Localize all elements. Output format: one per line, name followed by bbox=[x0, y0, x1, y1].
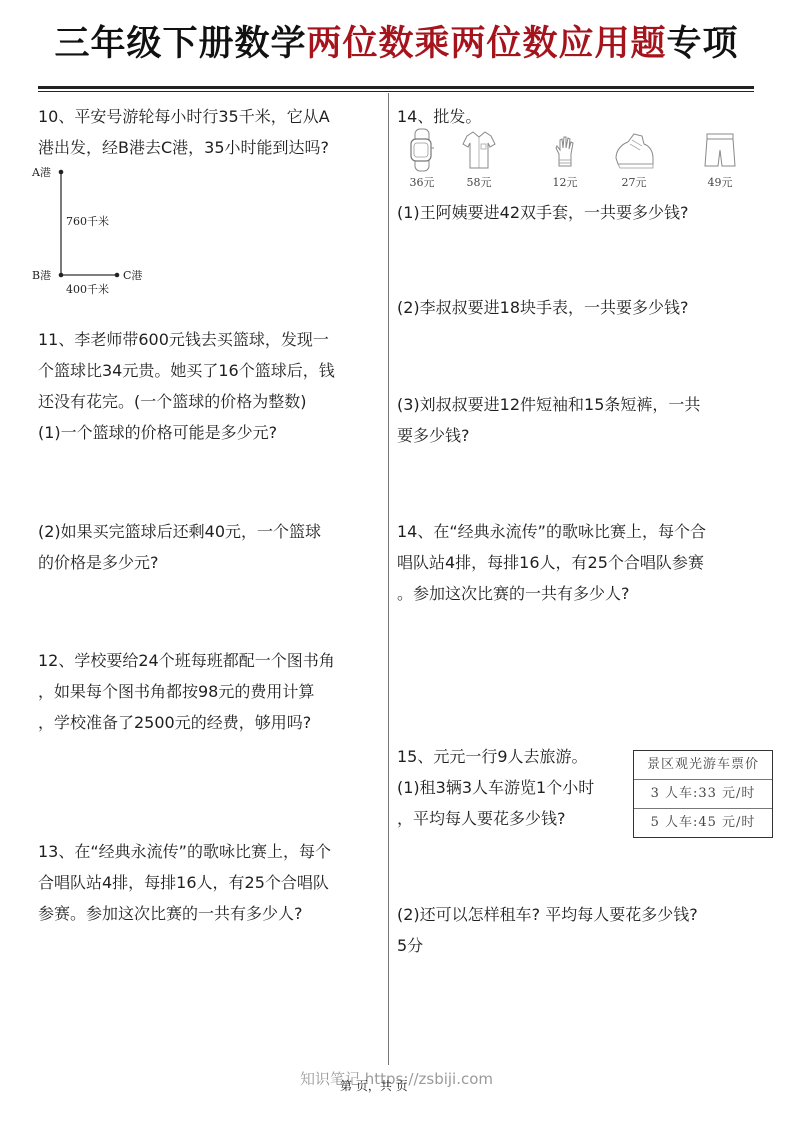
question-14-sub-3-line-1: (3)刘叔叔要进12件短袖和15条短裤，一共 bbox=[397, 389, 757, 420]
question-14b-line-2: 唱队站4排，每排16人，有25个合唱队参赛 bbox=[397, 547, 757, 578]
question-10-line-2: 港出发，经B港去C港，35小时能到达吗? bbox=[38, 132, 383, 163]
question-11-part-2: (2)如果买完篮球后还剩40元，一个篮球 的价格是多少元? bbox=[38, 516, 383, 578]
title-suffix: 专项 bbox=[667, 24, 739, 64]
fare-table-row: 3 人车:33 元/时 bbox=[634, 780, 772, 809]
question-14-sub-3: (3)刘叔叔要进12件短袖和15条短裤，一共 要多少钱? bbox=[397, 389, 757, 451]
question-12-line-3: ，学校准备了2500元的经费，够用吗? bbox=[38, 707, 383, 738]
question-13-line-3: 参赛。参加这次比赛的一共有多少人? bbox=[38, 898, 383, 929]
fare-table-row: 5 人车:45 元/时 bbox=[634, 809, 772, 837]
question-12: 12、学校要给24个班每班都配一个图书角 ，如果每个图书角都按98元的费用计算 … bbox=[38, 645, 383, 738]
question-15: 15、元元一行9人去旅游。 (1)租3辆3人车游览1个小时 ，平均每人要花多少钱… bbox=[397, 741, 632, 834]
item-price: 36元 bbox=[397, 174, 447, 190]
question-15-sub-1-line-2: ，平均每人要花多少钱? bbox=[397, 803, 632, 834]
title-highlight: 两位数乘两位数应用题 bbox=[306, 24, 666, 64]
shirt-icon bbox=[461, 128, 497, 172]
header-rule-thick bbox=[38, 86, 754, 89]
item-price: 58元 bbox=[454, 174, 504, 190]
distance-ab-label: 760千米 bbox=[66, 214, 109, 228]
question-12-line-2: ，如果每个图书角都按98元的费用计算 bbox=[38, 676, 383, 707]
item-watch: 36元 bbox=[397, 128, 447, 190]
wholesale-items: 36元 58元 12元 27元 49元 bbox=[397, 128, 767, 192]
question-14-sub-2: (2)李叔叔要进18块手表，一共要多少钱? bbox=[397, 292, 757, 323]
question-11-line-1: 11、李老师带600元钱去买篮球，发现一 bbox=[38, 324, 383, 355]
page-title: 三年级下册数学两位数乘两位数应用题专项 bbox=[0, 20, 793, 68]
header-rule-thin bbox=[38, 91, 754, 92]
fare-table-header: 景区观光游车票价 bbox=[634, 751, 772, 780]
question-15-sub-2: (2)还可以怎样租车? 平均每人要花多少钱? 5分 bbox=[397, 899, 757, 961]
question-13-line-1: 13、在“经典永流传”的歌咏比赛上，每个 bbox=[38, 836, 383, 867]
port-c-label: C港 bbox=[123, 268, 142, 282]
question-10: 10、平安号游轮每小时行35千米，它从A 港出发，经B港去C港，35小时能到达吗… bbox=[38, 101, 383, 163]
question-14b-line-3: 。参加这次比赛的一共有多少人? bbox=[397, 578, 757, 609]
question-11-line-3: 还没有花完。(一个篮球的价格为整数) bbox=[38, 386, 383, 417]
question-10-line-1: 10、平安号游轮每小时行35千米，它从A bbox=[38, 101, 383, 132]
question-11: 11、李老师带600元钱去买篮球，发现一 个篮球比34元贵。她买了16个篮球后，… bbox=[38, 324, 383, 448]
fare-table: 景区观光游车票价 3 人车:33 元/时 5 人车:45 元/时 bbox=[633, 750, 773, 838]
question-15-sub-2-text: (2)还可以怎样租车? 平均每人要花多少钱? bbox=[397, 899, 757, 930]
item-glove: 12元 bbox=[540, 128, 590, 190]
port-b-label: B港 bbox=[32, 268, 51, 282]
port-a-label: A港 bbox=[31, 165, 51, 179]
question-11-sub-1: (1)一个篮球的价格可能是多少元? bbox=[38, 417, 383, 448]
sneaker-icon bbox=[612, 128, 656, 172]
question-11-sub-2-line-2: 的价格是多少元? bbox=[38, 547, 383, 578]
route-diagram: A港 B港 C港 760千米 400千米 bbox=[30, 162, 160, 302]
question-15-line-1: 15、元元一行9人去旅游。 bbox=[397, 741, 632, 772]
watch-icon bbox=[407, 128, 437, 172]
title-prefix: 三年级下册数学 bbox=[54, 24, 306, 64]
port-a-dot bbox=[59, 170, 64, 175]
question-14b: 14、在“经典永流传”的歌咏比赛上，每个合 唱队站4排，每排16人，有25个合唱… bbox=[397, 516, 757, 609]
port-b-dot bbox=[59, 273, 64, 278]
item-shirt: 58元 bbox=[454, 128, 504, 190]
question-14-sub-2-text: (2)李叔叔要进18块手表，一共要多少钱? bbox=[397, 292, 757, 323]
page-number-label: 第 页，共 页 bbox=[340, 1077, 408, 1094]
question-13: 13、在“经典永流传”的歌咏比赛上，每个 合唱队站4排，每排16人，有25个合唱… bbox=[38, 836, 383, 929]
item-price: 12元 bbox=[540, 174, 590, 190]
port-c-dot bbox=[115, 273, 120, 278]
question-11-sub-2-line-1: (2)如果买完篮球后还剩40元，一个篮球 bbox=[38, 516, 383, 547]
question-15-score: 5分 bbox=[397, 930, 757, 961]
question-15-sub-1-line-1: (1)租3辆3人车游览1个小时 bbox=[397, 772, 632, 803]
glove-icon bbox=[552, 128, 578, 172]
question-14-sub-1: (1)王阿姨要进42双手套，一共要多少钱? bbox=[397, 197, 757, 228]
item-price: 49元 bbox=[695, 174, 745, 190]
question-13-line-2: 合唱队站4排，每排16人，有25个合唱队 bbox=[38, 867, 383, 898]
question-14-sub-1-text: (1)王阿姨要进42双手套，一共要多少钱? bbox=[397, 197, 757, 228]
shorts-icon bbox=[703, 128, 737, 172]
column-divider bbox=[388, 93, 389, 1065]
question-12-line-1: 12、学校要给24个班每班都配一个图书角 bbox=[38, 645, 383, 676]
question-14b-line-1: 14、在“经典永流传”的歌咏比赛上，每个合 bbox=[397, 516, 757, 547]
item-price: 27元 bbox=[609, 174, 659, 190]
question-14-sub-3-line-2: 要多少钱? bbox=[397, 420, 757, 451]
question-11-line-2: 个篮球比34元贵。她买了16个篮球后，钱 bbox=[38, 355, 383, 386]
item-sneaker: 27元 bbox=[609, 128, 659, 190]
distance-bc-label: 400千米 bbox=[66, 282, 109, 296]
item-shorts: 49元 bbox=[695, 128, 745, 190]
